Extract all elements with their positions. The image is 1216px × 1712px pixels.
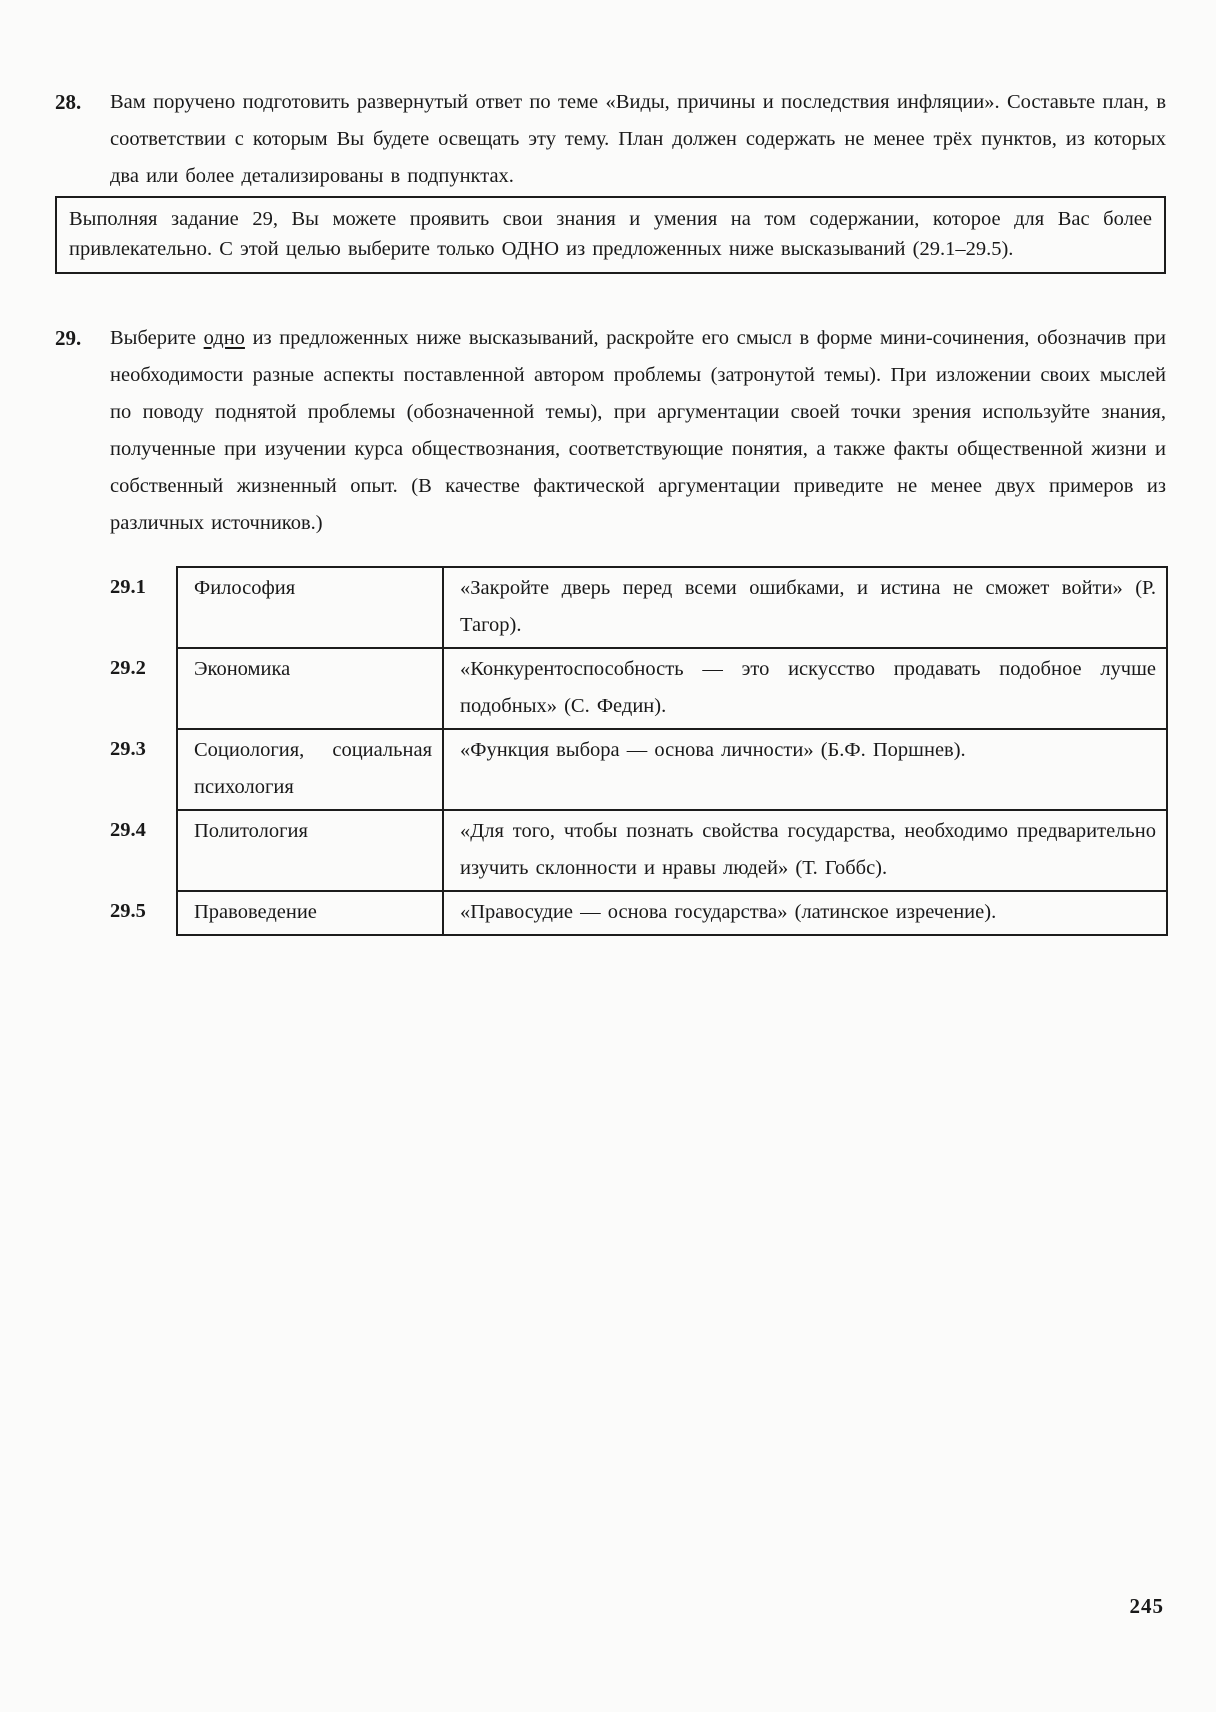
statements-table: 29.1 Философия «Закройте дверь перед все… [110, 566, 1168, 936]
row-quote: «Конкурентоспособность — это искусство п… [443, 648, 1167, 729]
row-number: 29.2 [110, 648, 177, 729]
row-subject: Философия [177, 567, 443, 648]
task-29: 29. Выберите одно из предложенных ниже в… [55, 320, 1166, 542]
page: { "page": { "number": "245" }, "task28":… [0, 0, 1216, 1712]
task-29-text-before: Выберите [110, 327, 204, 349]
task-28: 28. Вам поручено подготовить развернутый… [55, 84, 1166, 195]
row-number: 29.3 [110, 729, 177, 810]
row-number: 29.5 [110, 891, 177, 935]
table-row: 29.5 Правоведение «Правосудие — основа г… [110, 891, 1167, 935]
table-row: 29.4 Политология «Для того, чтобы познат… [110, 810, 1167, 891]
task-29-text-after: из предложенных ниже высказываний, раскр… [110, 327, 1166, 534]
table-row: 29.3 Социология, социальная психология «… [110, 729, 1167, 810]
row-number: 29.1 [110, 567, 177, 648]
notice-box: Выполняя задание 29, Вы можете проявить … [55, 196, 1166, 274]
row-quote: «Функция выбора — основа личности» (Б.Ф.… [443, 729, 1167, 810]
statements-table-wrap: 29.1 Философия «Закройте дверь перед все… [110, 566, 1168, 936]
row-subject: Экономика [177, 648, 443, 729]
task-29-underlined-word: одно [204, 327, 245, 349]
row-quote: «Закройте дверь перед всеми ошибками, и … [443, 567, 1167, 648]
task-29-number: 29. [55, 320, 110, 357]
table-row: 29.2 Экономика «Конкурентоспособность — … [110, 648, 1167, 729]
row-quote: «Для того, чтобы познать свойства госуда… [443, 810, 1167, 891]
task-29-text: Выберите одно из предложенных ниже выска… [110, 320, 1166, 542]
row-subject: Социология, социальная психология [177, 729, 443, 810]
row-number: 29.4 [110, 810, 177, 891]
row-subject: Правоведение [177, 891, 443, 935]
table-row: 29.1 Философия «Закройте дверь перед все… [110, 567, 1167, 648]
row-subject: Политология [177, 810, 443, 891]
page-number: 245 [1130, 1594, 1165, 1619]
notice-text: Выполняя задание 29, Вы можете проявить … [69, 204, 1152, 264]
task-28-number: 28. [55, 84, 110, 121]
task-28-text: Вам поручено подготовить развернутый отв… [110, 84, 1166, 195]
row-quote: «Правосудие — основа государства» (латин… [443, 891, 1167, 935]
